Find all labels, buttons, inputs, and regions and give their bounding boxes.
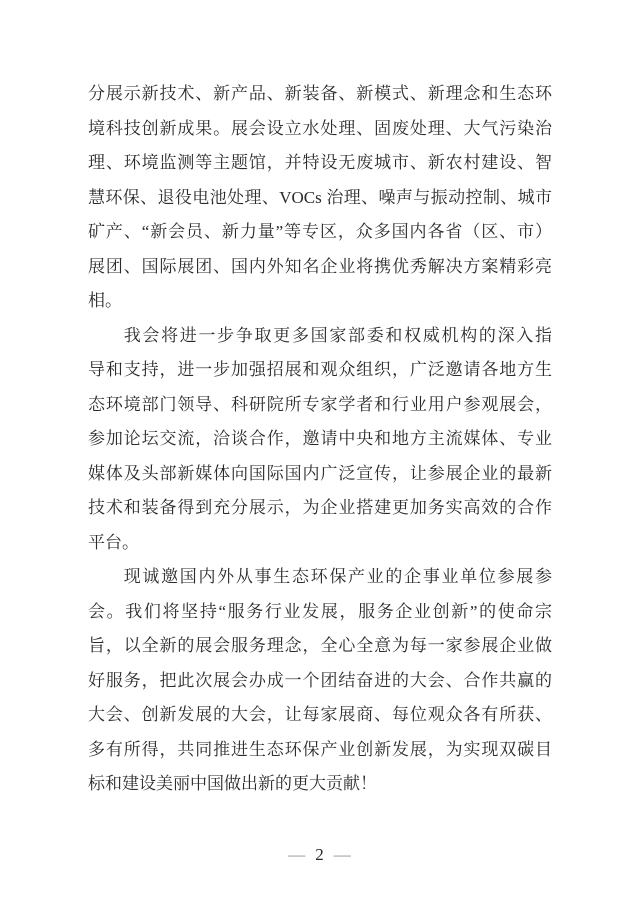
- text-line: 多有所得，共同推进生态环保产业创新发展，为实现双碳目: [88, 733, 552, 768]
- text-line: 参加论坛交流，洽谈合作，邀请中央和地方主流媒体、专业: [88, 422, 552, 457]
- page-number: 2: [315, 845, 324, 864]
- text-line: 展团、国际展团、国内外知名企业将携优秀解决方案精彩亮: [88, 250, 552, 285]
- text-line: 慧环保、退役电池处理、VOCs 治理、噪声与振动控制、城市: [88, 181, 552, 216]
- paragraph: 分展示新技术、新产品、新装备、新模式、新理念和生态环境科技创新成果。展会设立水处…: [88, 77, 552, 319]
- text-line: 理、环境监测等主题馆，并特设无废城市、新农村建设、智: [88, 146, 552, 181]
- text-line: 会。我们将坚持“服务行业发展，服务企业创新”的使命宗: [88, 595, 552, 630]
- text-line: 媒体及头部新媒体向国际国内广泛宣传，让参展企业的最新: [88, 457, 552, 492]
- text-line: 现诚邀国内外从事生态环保产业的企事业单位参展参: [88, 560, 552, 595]
- text-line: 导和支持，进一步加强招展和观众组织，广泛邀请各地方生: [88, 353, 552, 388]
- paragraph: 现诚邀国内外从事生态环保产业的企事业单位参展参会。我们将坚持“服务行业发展，服务…: [88, 560, 552, 802]
- text-line: 技术和装备得到充分展示，为企业搭建更加务实高效的合作: [88, 491, 552, 526]
- footer-dash-left: —: [288, 845, 305, 864]
- text-line: 好服务，把此次展会办成一个团结奋进的大会、合作共赢的: [88, 664, 552, 699]
- text-line: 境科技创新成果。展会设立水处理、固废处理、大气污染治: [88, 112, 552, 147]
- document-page: 分展示新技术、新产品、新装备、新模式、新理念和生态环境科技创新成果。展会设立水处…: [0, 0, 639, 905]
- text-line: 分展示新技术、新产品、新装备、新模式、新理念和生态环: [88, 77, 552, 112]
- text-line: 态环境部门领导、科研院所专家学者和行业用户参观展会，: [88, 388, 552, 423]
- text-line: 旨，以全新的展会服务理念，全心全意为每一家参展企业做: [88, 629, 552, 664]
- page-footer: —2—: [0, 845, 639, 865]
- text-line: 矿产、“新会员、新力量”等专区，众多国内各省（区、市）: [88, 215, 552, 250]
- text-line: 大会、创新发展的大会，让每家展商、每位观众各有所获、: [88, 698, 552, 733]
- text-line: 我会将进一步争取更多国家部委和权威机构的深入指: [88, 319, 552, 354]
- footer-dash-right: —: [334, 845, 351, 864]
- text-line: 相。: [88, 284, 552, 319]
- text-line: 标和建设美丽中国做出新的更大贡献！: [88, 767, 552, 802]
- text-line: 平台。: [88, 526, 552, 561]
- document-body: 分展示新技术、新产品、新装备、新模式、新理念和生态环境科技创新成果。展会设立水处…: [88, 77, 552, 802]
- paragraph: 我会将进一步争取更多国家部委和权威机构的深入指导和支持，进一步加强招展和观众组织…: [88, 319, 552, 561]
